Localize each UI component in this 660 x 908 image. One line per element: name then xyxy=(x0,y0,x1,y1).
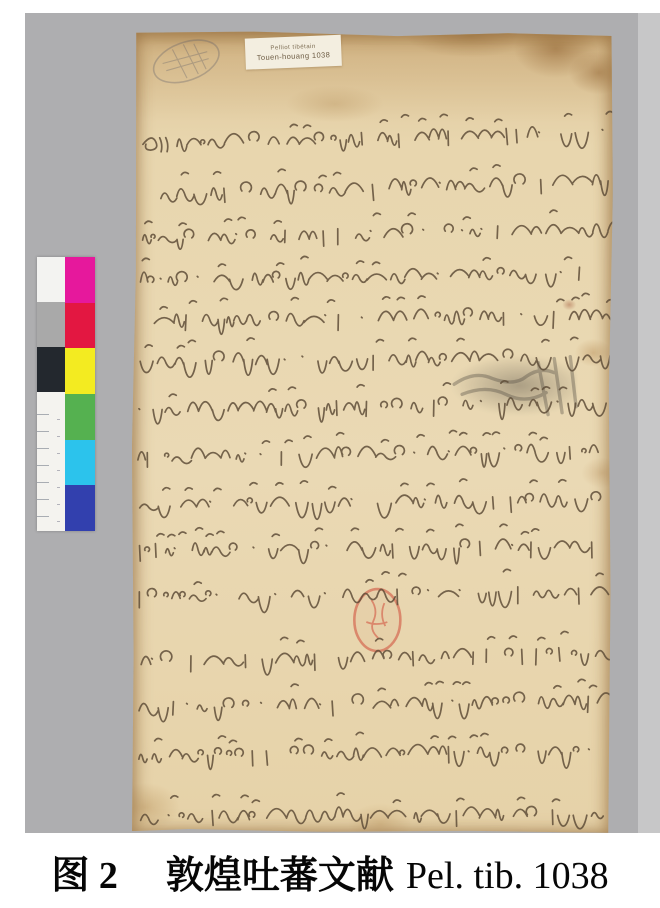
figure-photo: Pelliot tibétain Touen-houang 1038 xyxy=(25,13,660,833)
figure-number: 图 2 xyxy=(51,844,118,899)
color-swatch-left-0 xyxy=(37,257,65,302)
manuscript-text-line-3 xyxy=(142,208,620,250)
manuscript-text-line-5 xyxy=(154,293,617,335)
color-swatch-right-2 xyxy=(65,348,95,394)
manuscript-text-line-4 xyxy=(140,251,580,294)
color-chart-left-column xyxy=(37,257,65,531)
manuscript-text-line-15 xyxy=(140,791,603,832)
color-swatch-left-1 xyxy=(37,302,65,347)
color-chart-right-column xyxy=(65,257,95,531)
color-swatch-left-2 xyxy=(37,347,65,392)
color-swatch-right-0 xyxy=(65,257,95,303)
photo-background-strip xyxy=(638,13,660,833)
catalog-label: Pelliot tibétain Touen-houang 1038 xyxy=(245,35,342,70)
caption-title: 敦煌吐蕃文献 xyxy=(166,844,394,899)
manuscript-text-line-8 xyxy=(138,428,599,472)
catalog-label-line2: Touen-houang 1038 xyxy=(257,50,331,63)
manuscript-text-line-9 xyxy=(139,477,600,521)
color-swatch-right-5 xyxy=(65,485,95,531)
manuscript-text-line-14 xyxy=(139,730,590,773)
color-swatch-right-4 xyxy=(65,440,95,486)
tibetan-text-layer xyxy=(131,31,614,833)
manuscript-paper: Pelliot tibétain Touen-houang 1038 xyxy=(131,31,614,833)
color-swatch-right-1 xyxy=(65,303,95,349)
manuscript-text-line-7 xyxy=(139,379,607,426)
color-calibration-chart xyxy=(37,257,95,531)
figure-caption: 图 2 敦煌吐蕃文献 Pel. tib. 1038 xyxy=(0,844,660,900)
ruler xyxy=(37,392,65,531)
color-swatch-right-3 xyxy=(65,394,95,440)
manuscript-text-line-2 xyxy=(160,159,609,209)
manuscript-text-line-1 xyxy=(142,109,614,162)
manuscript-text-line-10 xyxy=(139,523,592,566)
caption-reference: Pel. tib. 1038 xyxy=(406,854,609,898)
oval-stamp-icon xyxy=(148,32,225,91)
manuscript-text-line-13 xyxy=(139,679,615,723)
